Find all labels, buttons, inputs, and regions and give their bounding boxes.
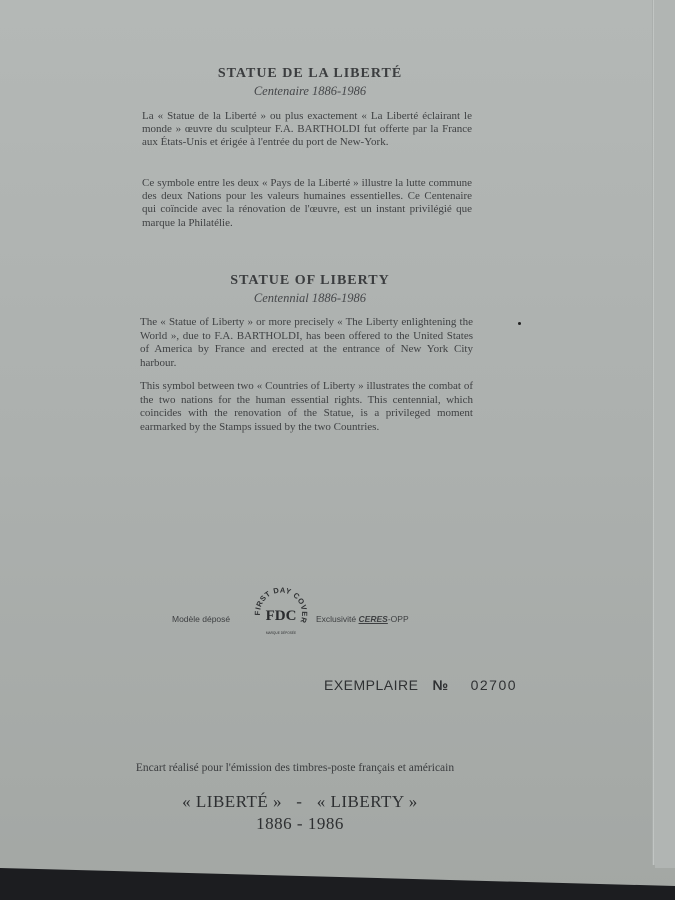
speck <box>518 322 521 325</box>
background-surface <box>0 868 675 900</box>
fdc-stamp-icon: FIRST DAY COVER FDC MARQUE DÉPOSÉE <box>253 586 309 642</box>
french-paragraph-2: Ce symbole entre les deux « Pays de la L… <box>142 177 472 230</box>
french-paragraph-1: La « Statue de la Liberté » ou plus exac… <box>142 110 472 150</box>
ceres-brand: CERES <box>359 614 388 624</box>
exclusivite-label: Exclusivité CERES-OPP <box>316 614 409 624</box>
exclusivite-suffix: -OPP <box>388 614 409 624</box>
svg-text:FDC: FDC <box>266 608 297 624</box>
exclusivite-prefix: Exclusivité <box>316 614 356 624</box>
adjacent-page <box>655 0 675 868</box>
english-paragraph-1: The « Statue of Liberty » or more precis… <box>140 316 473 370</box>
exemplaire-number: EXEMPLAIRE№02700 <box>324 677 517 693</box>
english-title: STATUE OF LIBERTY <box>0 273 620 289</box>
footer-stamps-title: « LIBERTÉ » - « LIBERTY » <box>0 792 600 812</box>
document-page: STATUE DE LA LIBERTÉ Centenaire 1886-198… <box>0 0 675 900</box>
french-subtitle: Centenaire 1886-1986 <box>0 84 620 99</box>
modele-depose-label: Modèle déposé <box>172 614 230 624</box>
svg-text:MARQUE DÉPOSÉE: MARQUE DÉPOSÉE <box>266 630 296 635</box>
exemplaire-value: 02700 <box>471 677 517 693</box>
number-sign: № <box>432 677 448 693</box>
exemplaire-label: EXEMPLAIRE <box>324 677 418 693</box>
footer-description: Encart réalisé pour l'émission des timbr… <box>0 762 590 774</box>
english-paragraph-2: This symbol between two « Countries of L… <box>140 380 473 434</box>
french-title: STATUE DE LA LIBERTÉ <box>0 66 620 82</box>
footer-years: 1886 - 1986 <box>0 814 600 834</box>
english-subtitle: Centennial 1886-1986 <box>0 291 620 306</box>
